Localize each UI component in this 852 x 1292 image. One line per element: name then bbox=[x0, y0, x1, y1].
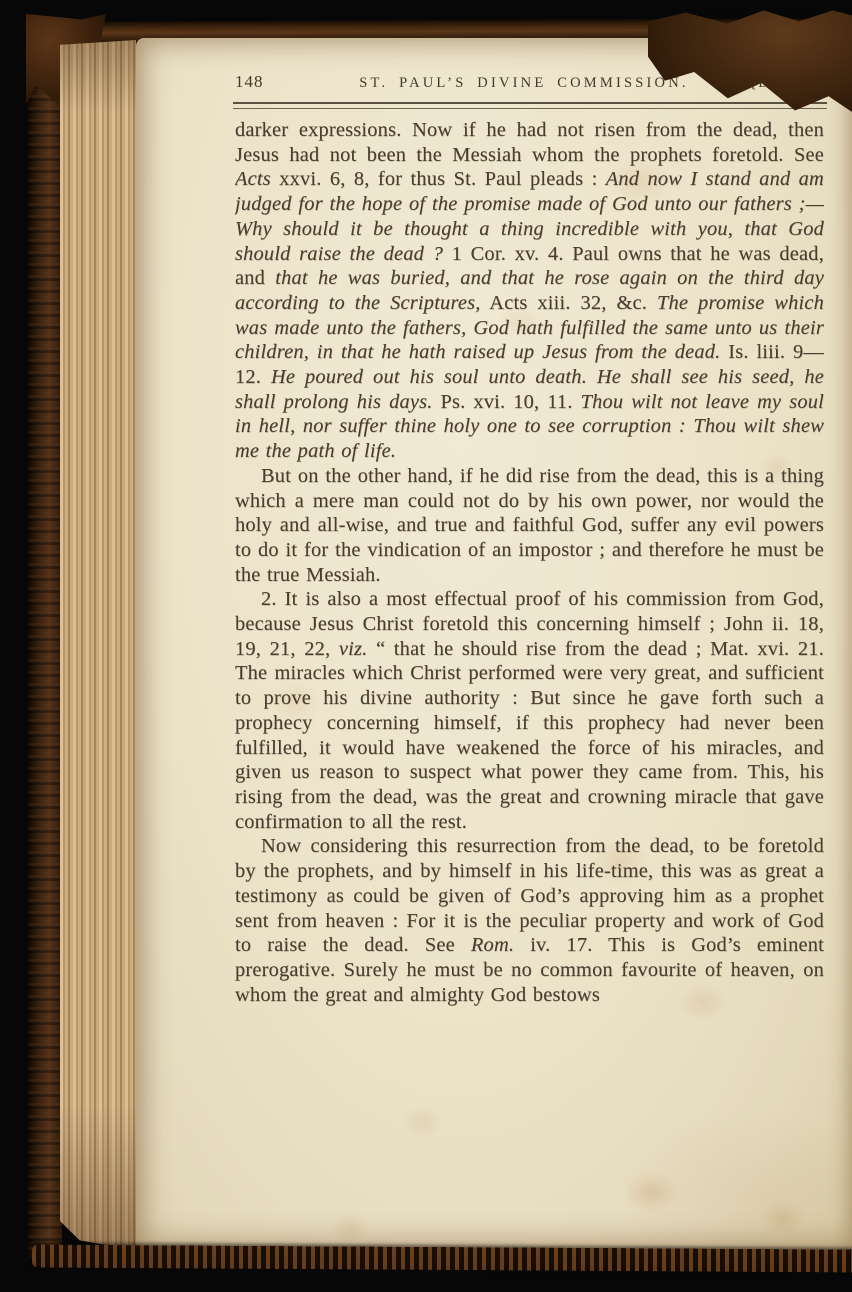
text-segment: But on the other hand, if he did rise fr… bbox=[235, 465, 824, 586]
text-segment: viz. bbox=[339, 638, 368, 660]
page-number: 148 bbox=[235, 72, 325, 92]
text-segment: Acts bbox=[235, 168, 271, 190]
book-cover-left-edge bbox=[28, 26, 62, 1258]
paragraph: darker expressions. Now if he had not ri… bbox=[235, 118, 824, 464]
header-double-rule bbox=[233, 102, 827, 109]
text-segment: Ps. xvi. 10, 11. bbox=[433, 391, 581, 413]
paragraph: But on the other hand, if he did rise fr… bbox=[235, 464, 824, 588]
paragraph: Now considering this resurrection from t… bbox=[235, 834, 824, 1007]
body-text: darker expressions. Now if he had not ri… bbox=[235, 118, 824, 1236]
text-segment: Acts xiii. 32, &c. bbox=[481, 292, 657, 314]
book-fore-edge-pages bbox=[60, 40, 136, 1250]
text-segment: xxvi. 6, 8, for thus St. Paul pleads : bbox=[271, 168, 606, 190]
book-page: 148 ST. PAUL’S DIVINE COMMISSION. [DISC.… bbox=[136, 38, 852, 1252]
book-cover-bottom-edge bbox=[32, 1244, 852, 1272]
book-scan-photo: 148 ST. PAUL’S DIVINE COMMISSION. [DISC.… bbox=[0, 0, 852, 1292]
paragraph: 2. It is also a most effectual proof of … bbox=[235, 587, 824, 834]
text-segment: “ that he should rise from the dead ; Ma… bbox=[235, 638, 824, 833]
text-segment: Rom. bbox=[471, 934, 514, 956]
text-segment: darker expressions. Now if he had not ri… bbox=[235, 119, 824, 166]
